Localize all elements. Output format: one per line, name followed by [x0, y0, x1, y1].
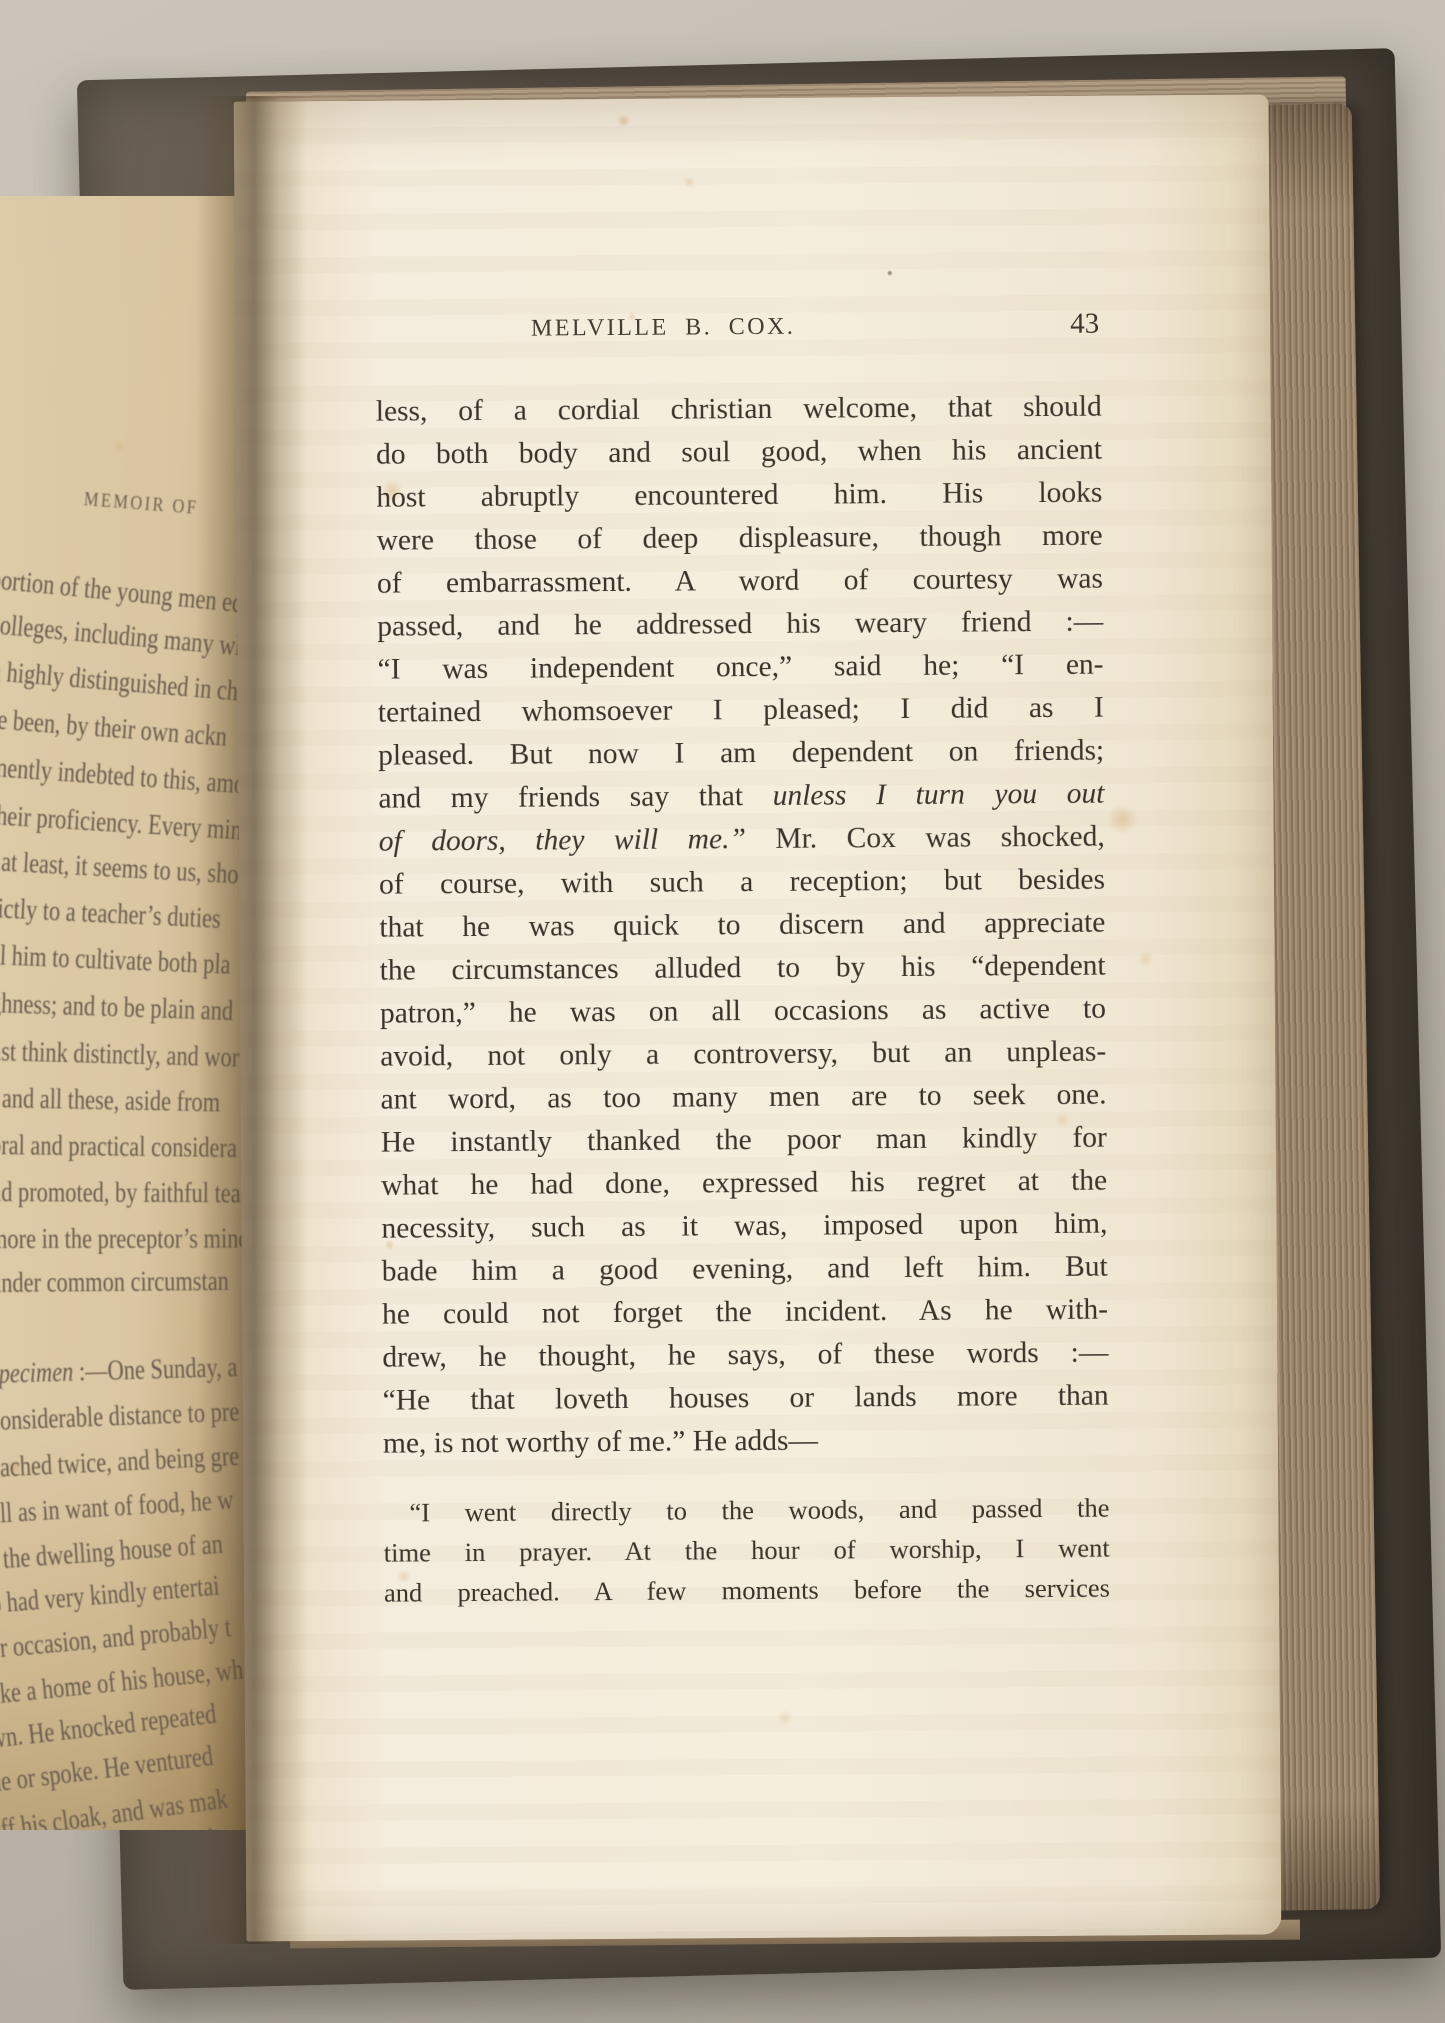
left-page-line: ell as in want of food, he w — [0, 1485, 234, 1531]
body-line: necessity, such as it was, imposed upon … — [381, 1203, 1107, 1251]
left-running-header: MEMOIR OF — [83, 488, 199, 520]
body-line: of embarrassment. A word of courtesy was — [377, 558, 1103, 606]
body-line: patron,” he was on all occasions as acti… — [380, 988, 1106, 1036]
body-line: less, of a cordial christian welcome, th… — [376, 386, 1102, 434]
left-page-line: re been, by their own ackn — [0, 704, 228, 754]
body-line: of doors, they will me.” Mr. Cox was sho… — [379, 816, 1105, 864]
left-page-line: nd promoted, by faithful teac — [0, 1177, 251, 1210]
body-line: host abruptly encountered him. His looks — [376, 472, 1102, 520]
right-page-body: less, of a cordial christian welcome, th… — [376, 386, 1109, 1466]
left-page-line: inently indebted to this, amo — [0, 752, 246, 801]
body-line: do both body and soul good, when his anc… — [376, 429, 1102, 477]
left-page-line: their proficiency. Every mini — [0, 800, 249, 848]
right-page: MELVILLE B. COX. 43 less, of a cordial c… — [234, 94, 1282, 1941]
left-page-line: f the dwelling house of an — [0, 1529, 224, 1577]
left-page-line: o had very kindly entertai — [0, 1571, 221, 1621]
left-page-line: rictly to a teacher’s duties — [0, 893, 221, 936]
body-line: what he had done, expressed his regret a… — [381, 1160, 1107, 1208]
body-line: drew, he thought, he says, of these word… — [382, 1332, 1108, 1380]
quote-line: and preached. A few moments before the s… — [384, 1568, 1110, 1613]
right-page-header: MELVILLE B. COX. 43 — [375, 312, 1101, 359]
body-line: avoid, not only a controversy, but an un… — [380, 1031, 1106, 1079]
left-page-line: ; and all these, aside from — [0, 1083, 220, 1119]
left-page-line: considerable distance to pre — [0, 1396, 240, 1438]
body-line: tertained whomsoever I pleased; I did as… — [378, 687, 1104, 735]
body-line: ant word, as too many men are to seek on… — [380, 1074, 1106, 1122]
body-line: and my friends say that unless I turn yo… — [378, 773, 1104, 821]
body-line: of course, with such a reception; but be… — [379, 859, 1105, 907]
left-page-line: n highly distinguished in chu — [0, 656, 251, 709]
left-page-line: specimen :—One Sunday, a — [0, 1352, 238, 1391]
left-page-line: eached twice, and being gre — [0, 1441, 240, 1485]
body-line: passed, and he addressed his weary frien… — [377, 601, 1103, 649]
body-line: “I was independent once,” said he; “I en… — [377, 644, 1103, 692]
left-page-line: under common circumstan — [0, 1266, 229, 1300]
body-line: pleased. But now I am dependent on frien… — [378, 730, 1104, 778]
running-header-title: MELVILLE B. COX. — [375, 312, 1101, 344]
left-page-line: ghness; and to be plain and — [0, 988, 234, 1028]
left-page-line: , at least, it seems to us, shoul — [0, 846, 257, 892]
left-page-line: el him to cultivate both pla — [0, 940, 231, 982]
body-line: the circumstances alluded to by his “dep… — [380, 945, 1106, 993]
body-line: bade him a good evening, and left him. B… — [382, 1246, 1108, 1294]
quoted-extract: “I went directly to the woods, and passe… — [383, 1488, 1110, 1613]
left-page-line: ust think distinctly, and wor — [0, 1036, 240, 1075]
body-line: “He that loveth houses or lands more tha… — [383, 1375, 1109, 1423]
body-line: He instantly thanked the poor man kindly… — [381, 1117, 1107, 1165]
body-line: he could not forget the incident. As he … — [382, 1289, 1108, 1337]
body-line: that he was quick to discern and appreci… — [379, 902, 1105, 950]
page-number: 43 — [1070, 308, 1099, 341]
quote-line: time in prayer. At the hour of worship, … — [384, 1528, 1110, 1573]
book-photo: MEMOIR OF portion of the young men edu c… — [0, 0, 1445, 2023]
left-page-line: more in the preceptor’s mind, — [0, 1224, 255, 1256]
body-line: me, is not worthy of me.” He adds— — [383, 1418, 1109, 1466]
quote-line: “I went directly to the woods, and passe… — [383, 1488, 1109, 1533]
left-page: MEMOIR OF portion of the young men edu c… — [0, 196, 268, 1830]
left-page-line: oral and practical considera — [0, 1130, 237, 1165]
body-line: were those of deep displeasure, though m… — [377, 515, 1103, 563]
